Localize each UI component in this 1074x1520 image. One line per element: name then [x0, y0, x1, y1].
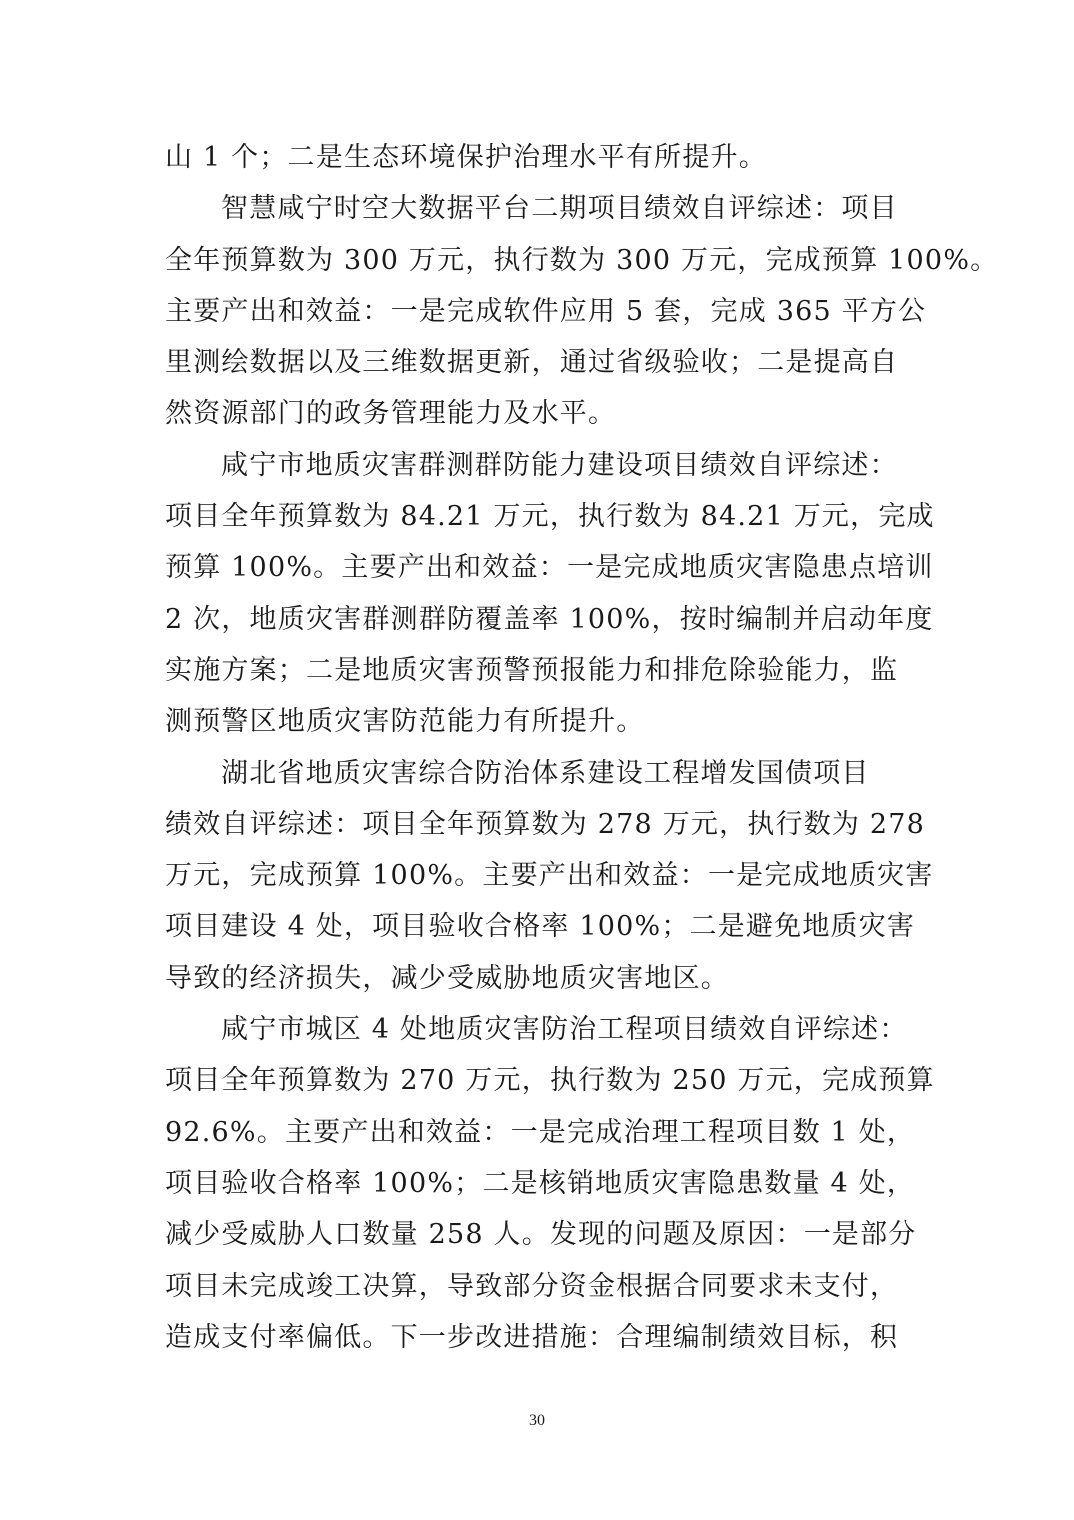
text-line: 导致的经济损失，减少受威胁地质灾害地区。 — [165, 953, 915, 1004]
text-line: 2 次，地质灾害群测群防覆盖率 100%，按时编制并启动年度 — [165, 594, 915, 645]
text-line: 主要产出和效益：一是完成软件应用 5 套，完成 365 平方公 — [165, 286, 915, 337]
text-line: 万元，完成预算 100%。主要产出和效益：一是完成地质灾害 — [165, 850, 915, 901]
text-line: 92.6%。主要产出和效益：一是完成治理工程项目数 1 处， — [165, 1107, 915, 1158]
document-body: 山 1 个；二是生态环境保护治理水平有所提升。 智慧咸宁时空大数据平台二期项目绩… — [165, 132, 915, 1363]
text-line: 项目验收合格率 100%；二是核销地质灾害隐患数量 4 处， — [165, 1158, 915, 1209]
text-line: 全年预算数为 300 万元，执行数为 300 万元，完成预算 100%。 — [165, 235, 915, 286]
text-line: 项目全年预算数为 270 万元，执行数为 250 万元，完成预算 — [165, 1055, 915, 1106]
paragraph-first-line: 咸宁市城区 4 处地质灾害防治工程项目绩效自评综述： — [165, 1004, 915, 1055]
page-number: 30 — [0, 1412, 1074, 1430]
document-page: 山 1 个；二是生态环境保护治理水平有所提升。 智慧咸宁时空大数据平台二期项目绩… — [0, 0, 1074, 1520]
text-line: 预算 100%。主要产出和效益：一是完成地质灾害隐患点培训 — [165, 542, 915, 593]
text-line: 测预警区地质灾害防范能力有所提升。 — [165, 696, 915, 747]
text-line: 项目全年预算数为 84.21 万元，执行数为 84.21 万元，完成 — [165, 491, 915, 542]
paragraph-first-line: 湖北省地质灾害综合防治体系建设工程增发国债项目 — [165, 748, 915, 799]
paragraph-first-line: 咸宁市地质灾害群测群防能力建设项目绩效自评综述： — [165, 440, 915, 491]
text-line: 造成支付率偏低。下一步改进措施：合理编制绩效目标，积 — [165, 1312, 915, 1363]
text-line: 里测绘数据以及三维数据更新，通过省级验收；二是提高自 — [165, 337, 915, 388]
text-line: 项目未完成竣工决算，导致部分资金根据合同要求未支付， — [165, 1261, 915, 1312]
text-line: 山 1 个；二是生态环境保护治理水平有所提升。 — [165, 132, 915, 183]
paragraph-first-line: 智慧咸宁时空大数据平台二期项目绩效自评综述：项目 — [165, 183, 915, 234]
text-line: 项目建设 4 处，项目验收合格率 100%；二是避免地质灾害 — [165, 901, 915, 952]
text-line: 减少受威胁人口数量 258 人。发现的问题及原因：一是部分 — [165, 1209, 915, 1260]
text-line: 然资源部门的政务管理能力及水平。 — [165, 388, 915, 439]
text-line: 绩效自评综述：项目全年预算数为 278 万元，执行数为 278 — [165, 799, 915, 850]
text-line: 实施方案；二是地质灾害预警预报能力和排危除验能力，监 — [165, 645, 915, 696]
